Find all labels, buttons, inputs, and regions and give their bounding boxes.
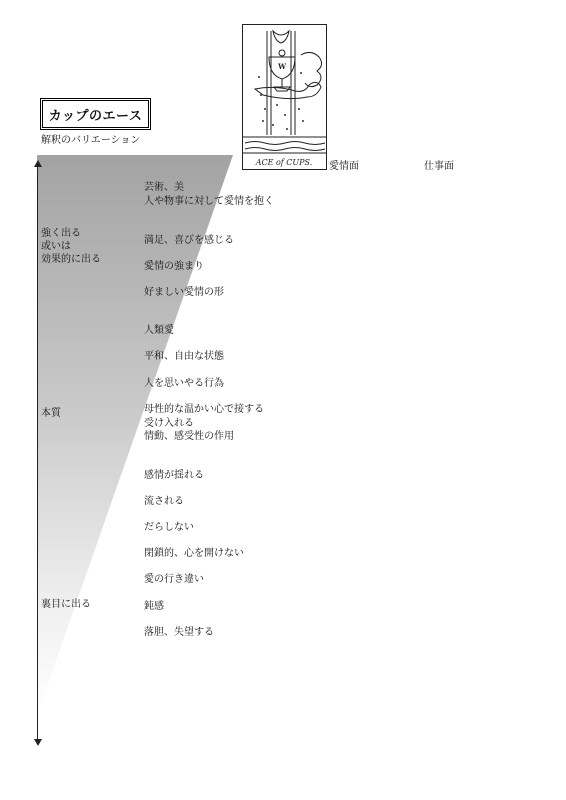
- interpretation-item: 愛情の強まり: [144, 260, 204, 274]
- axis-label-reverse: 裏目に出る: [41, 598, 91, 611]
- interpretation-item: 流される: [144, 495, 184, 509]
- arrow-up-icon: [34, 160, 42, 167]
- interpretation-item: 閉鎖的、心を開けない: [144, 547, 244, 561]
- column-header-love: 愛情面: [329, 157, 359, 172]
- interpretation-item: 平和、自由な状態: [144, 350, 224, 364]
- column-header-work: 仕事面: [424, 157, 454, 172]
- interpretation-item: 鈍感: [144, 600, 164, 614]
- axis-label-essence: 本質: [41, 407, 61, 420]
- interpretation-line: 人や物事に対して愛情を抱く: [144, 195, 274, 209]
- interpretation-item: 人類愛: [144, 324, 174, 338]
- interpretation-item: だらしない: [144, 521, 194, 535]
- interpretation-line: 母性的な温かい心で接する: [144, 403, 264, 417]
- page-title-text: カップのエース: [49, 105, 143, 124]
- interpretation-item: 人を思いやる行為: [144, 377, 224, 391]
- interpretation-item: 愛の行き違い: [144, 573, 204, 587]
- page-title: カップのエース: [40, 98, 151, 130]
- cup-emblem-letter: W: [277, 62, 286, 71]
- interpretation-item: 母性的な温かい心で接する 受け入れる 情動、感受性の作用: [144, 403, 264, 444]
- axis-label-strong-line: 或いは: [41, 240, 101, 253]
- intensity-axis-line: [37, 165, 38, 742]
- axis-label-strong-line: 効果的に出る: [41, 253, 101, 266]
- card-caption: ACE of CUPS.: [255, 158, 313, 167]
- interpretation-item: 落胆、失望する: [144, 626, 214, 640]
- axis-label-strong: 強く出る 或いは 効果的に出る: [41, 227, 101, 266]
- arrow-down-icon: [34, 739, 42, 746]
- interpretation-item: 芸術、美 人や物事に対して愛情を抱く: [144, 181, 274, 208]
- interpretation-line: 芸術、美: [144, 181, 274, 195]
- interpretation-line: 受け入れる: [144, 417, 264, 431]
- page-subtitle: 解釈のバリエーション: [41, 131, 140, 146]
- interpretation-item: 満足、喜びを感じる: [144, 234, 234, 248]
- interpretation-item: 感情が揺れる: [144, 469, 204, 483]
- axis-label-strong-line: 強く出る: [41, 227, 101, 240]
- interpretation-item: 好ましい愛情の形: [144, 286, 224, 300]
- tarot-card-image: W ACE of CUPS.: [242, 24, 327, 170]
- interpretation-line: 情動、感受性の作用: [144, 430, 264, 444]
- ace-of-cups-icon: W ACE of CUPS.: [243, 25, 326, 169]
